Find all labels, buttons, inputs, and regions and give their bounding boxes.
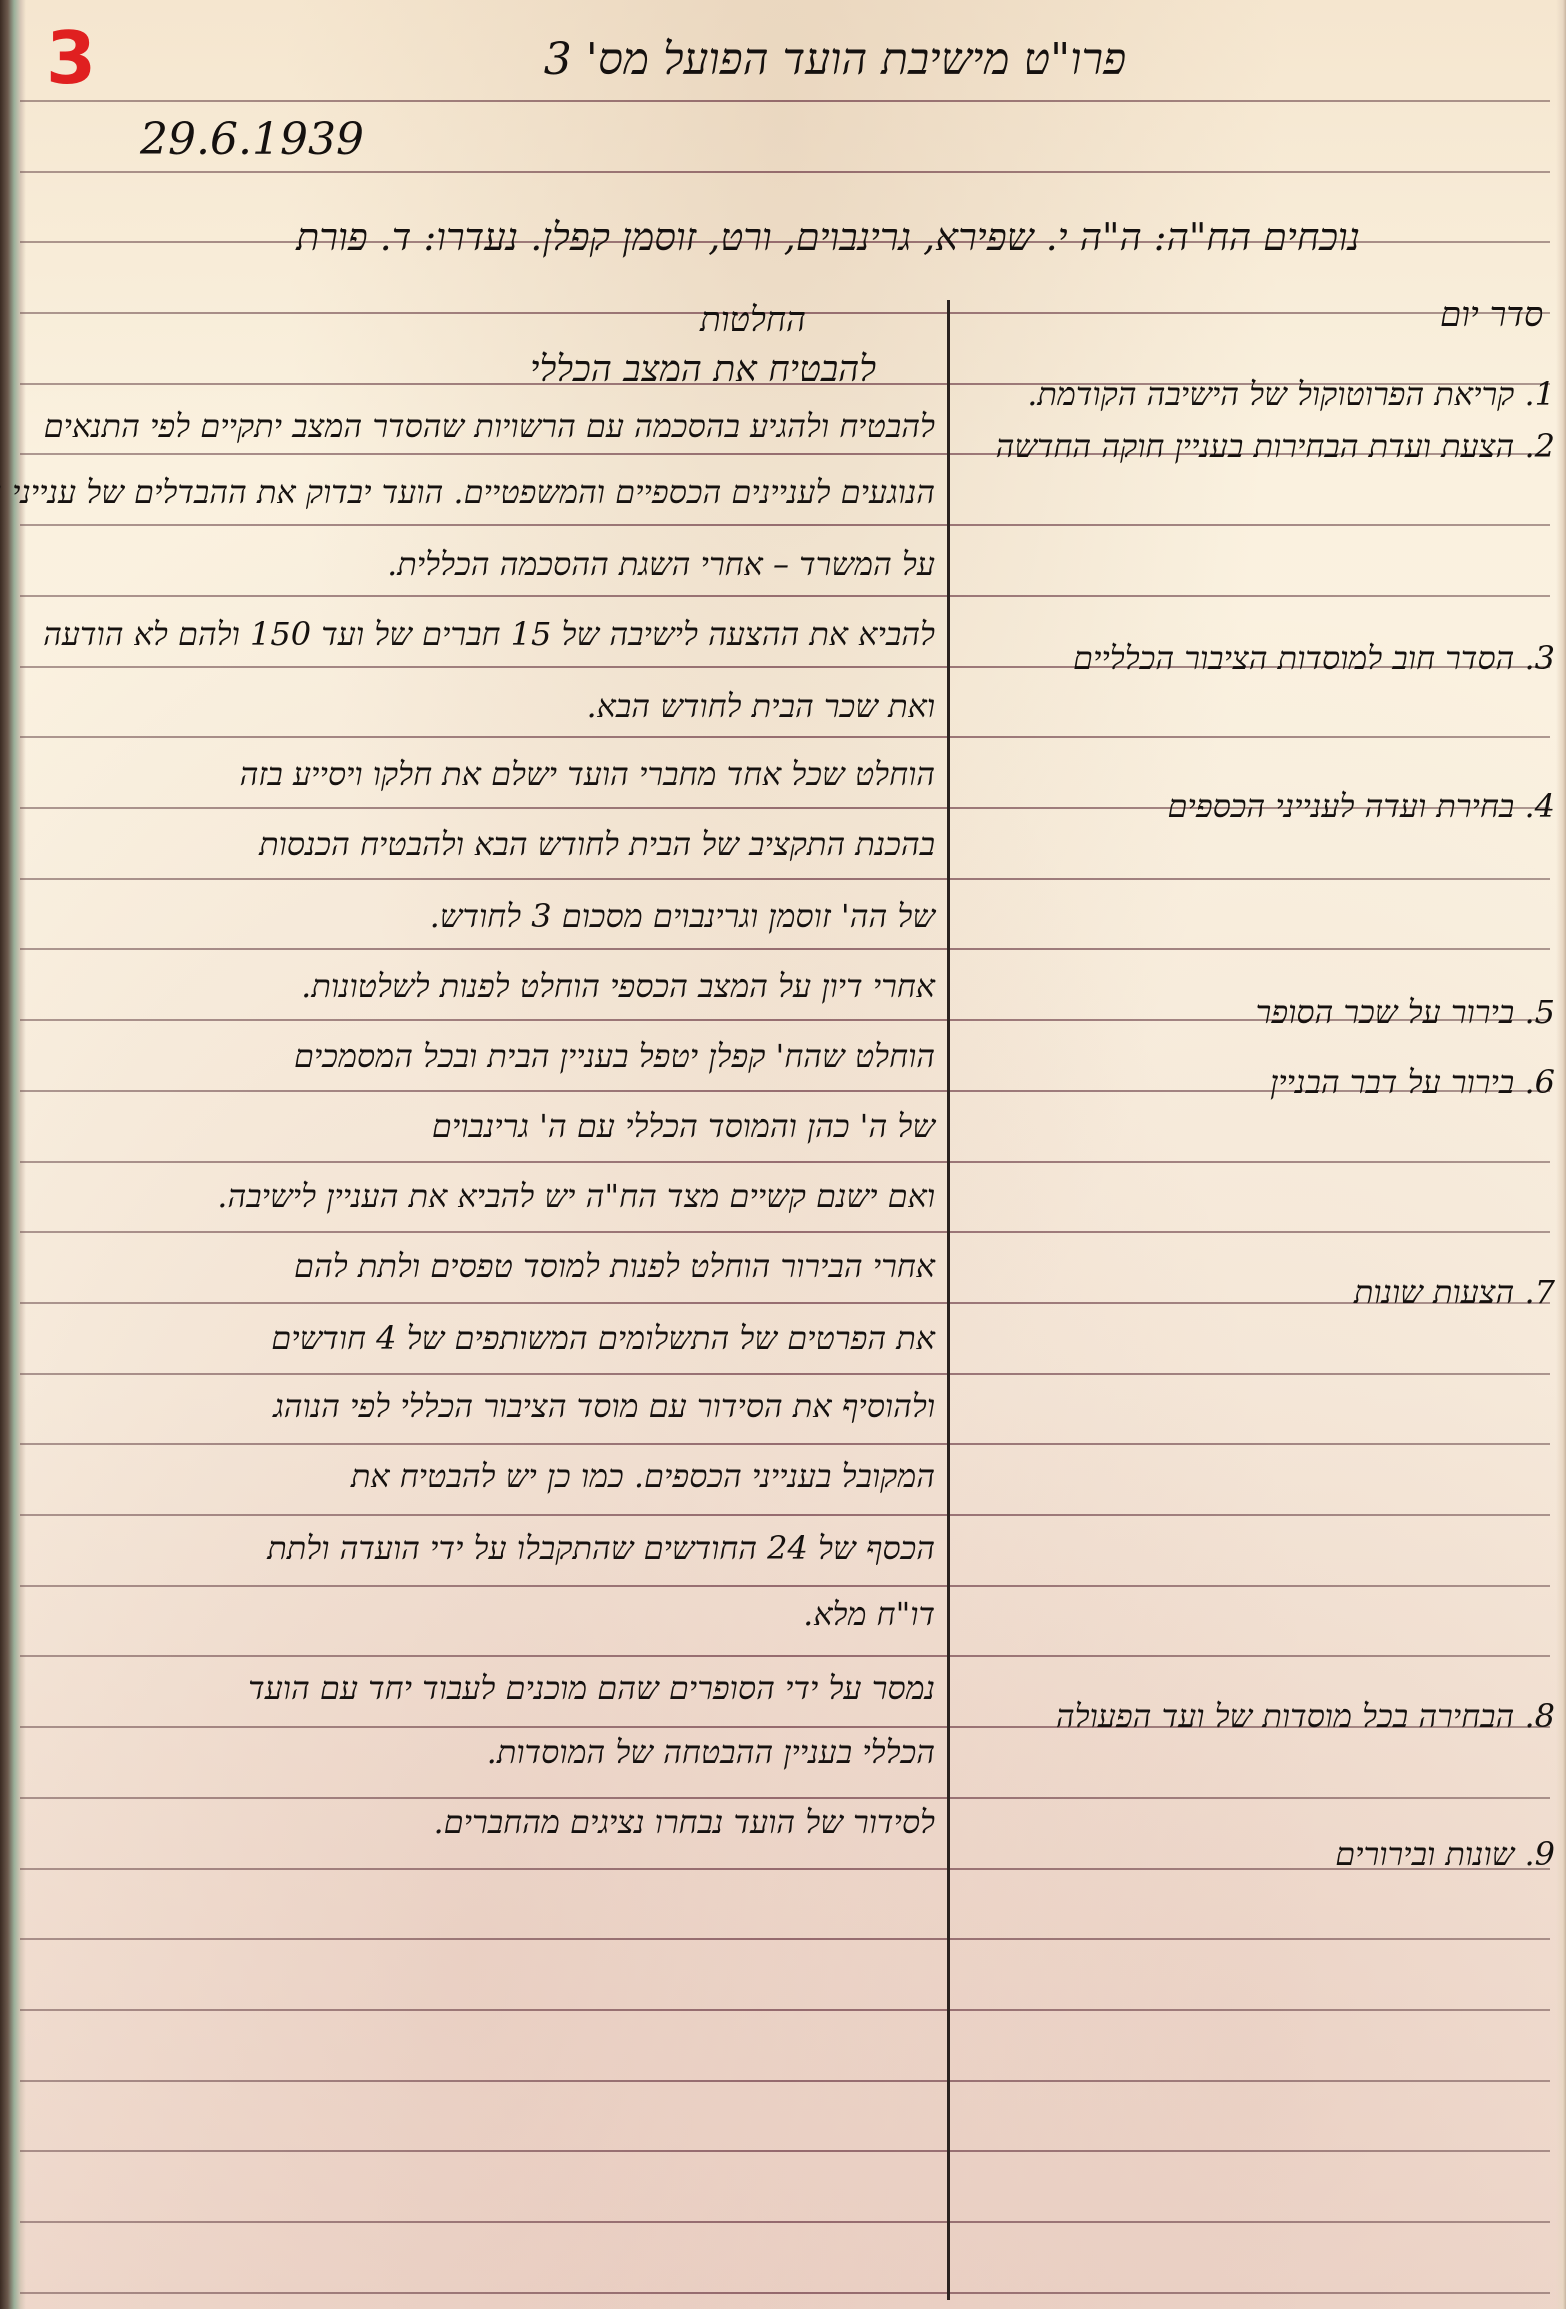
minutes-line: את הפרטים של התשלומים המשותפים של 4 חודש… xyxy=(20,1322,935,1354)
minutes-line: הנוגעים לעניינים הכספיים והמשפטיים. הועד… xyxy=(20,476,935,508)
page-number: 3 xyxy=(46,22,96,94)
ruled-line xyxy=(20,2150,1550,2152)
ruled-line xyxy=(20,1373,1550,1375)
minutes-line: ולהוסיף את הסידור עם מוסד הציבור הכללי ל… xyxy=(20,1390,935,1422)
minutes-line: בהכנת התקציב של הבית לחודש הבא ולהבטיח ה… xyxy=(20,828,935,860)
minutes-line: דו"ח מלא. xyxy=(20,1598,935,1630)
ruled-line xyxy=(20,1797,1550,1799)
minutes-line: נמסר על ידי הסופרים שהם מוכנים לעבוד יחד… xyxy=(20,1672,935,1704)
minutes-line: המקובל בענייני הכספים. כמו כן יש להבטיח … xyxy=(20,1460,935,1492)
ruled-line xyxy=(20,1938,1550,1940)
agenda-item: 4. בחירת ועדה לענייני הכספים xyxy=(965,790,1555,822)
agenda-heading: סדר יום xyxy=(1440,298,1543,332)
minutes-line: הוחלט שהח' קפלן יטפל בעניין הבית ובכל המ… xyxy=(20,1040,935,1072)
minutes-line: להביא את ההצעה לישיבה של 15 חברים של ועד… xyxy=(20,618,935,650)
minutes-heading: החלטות xyxy=(700,303,806,337)
notebook-binding-edge xyxy=(0,0,26,2309)
minutes-line: על המשרד – אחרי השגת ההסכמה הכללית. xyxy=(20,548,935,580)
ruled-line xyxy=(20,100,1550,102)
attendance-line: נוכחים הח"ה: ה"ה י. שפירא, גרינבוים, ורט… xyxy=(20,218,1360,256)
column-divider xyxy=(947,300,950,2300)
ruled-line xyxy=(20,1655,1550,1657)
minutes-subheading: להבטיח את המצב הכללי xyxy=(530,352,876,388)
agenda-item: 9. שונות ובירורים xyxy=(965,1838,1555,1870)
minutes-line: הכללי בעניין ההבטחה של המוסדות. xyxy=(20,1736,935,1768)
ruled-line xyxy=(20,2080,1550,2082)
lined-paper-background xyxy=(0,0,1566,2309)
ruled-line xyxy=(20,524,1550,526)
document-title: פרו"ט מישיבת הועד הפועל מס' 3 xyxy=(500,38,1170,82)
agenda-item: 1. קריאת הפרוטוקול של הישיבה הקודמת. xyxy=(965,378,1555,410)
meeting-date: 29.6.1939 xyxy=(140,118,364,162)
minutes-line: של הה' זוסמן וגרינבוים מסכום 3 לחודש. xyxy=(20,900,935,932)
minutes-line: ואת שכר הבית לחודש הבא. xyxy=(20,690,935,722)
ruled-line xyxy=(20,878,1550,880)
paper-right-edge xyxy=(1556,0,1566,2309)
agenda-item: 5. בירור על שכר הסופר xyxy=(965,996,1555,1028)
ruled-line xyxy=(20,736,1550,738)
minutes-line: של ה' כהן והמוסד הכללי עם ה' גרינבוים xyxy=(20,1110,935,1142)
minutes-line: להבטיח ולהגיע בהסכמה עם הרשויות שהסדר המ… xyxy=(20,410,935,442)
agenda-item: 2. הצעת ועדת הבחירות בעניין חוקה החדשה xyxy=(965,430,1555,462)
minutes-line: הכסף של 24 החודשים שהתקבלו על ידי הועדה … xyxy=(20,1532,935,1564)
ruled-line xyxy=(20,1514,1550,1516)
ruled-line xyxy=(20,595,1550,597)
ruled-line xyxy=(20,2292,1550,2294)
minutes-line: הוחלט שכל אחד מחברי הועד ישלם את חלקו וי… xyxy=(20,758,935,790)
minutes-line: אחרי דיון על המצב הכספי הוחלט לפנות לשלט… xyxy=(20,970,935,1002)
agenda-item: 8. הבחירה בכל מוסדות של ועד הפעולה xyxy=(965,1700,1555,1732)
minutes-line: לסידור של הועד נבחרו נציגים מהחברים. xyxy=(20,1806,935,1838)
agenda-item: 7. הצעות שונות xyxy=(965,1276,1555,1308)
ruled-line xyxy=(20,2221,1550,2223)
ruled-line xyxy=(20,1161,1550,1163)
ruled-line xyxy=(20,1585,1550,1587)
ruled-line xyxy=(20,171,1550,173)
ruled-line xyxy=(20,1443,1550,1445)
agenda-item: 3. הסדר חוב למוסדות הציבור הכלליים xyxy=(965,642,1555,674)
minutes-line: אחרי הבירור הוחלט לפנות למוסד טפסים ולתת… xyxy=(20,1250,935,1282)
ruled-line xyxy=(20,1231,1550,1233)
ruled-line xyxy=(20,2009,1550,2011)
ruled-line xyxy=(20,948,1550,950)
agenda-item: 6. בירור על דבר הבניין xyxy=(965,1066,1555,1098)
minutes-line: ואם ישנם קשיים מצד הח"ה יש להביא את העני… xyxy=(20,1180,935,1212)
